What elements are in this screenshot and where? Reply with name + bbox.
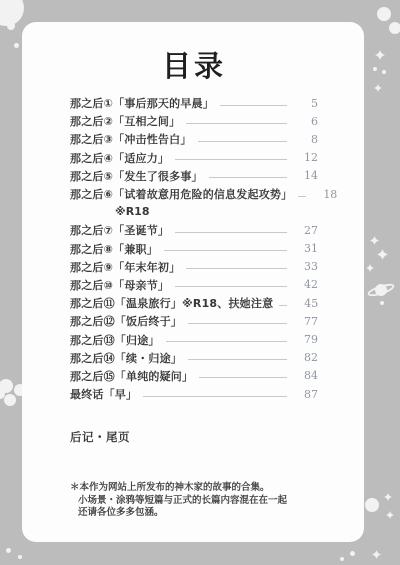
splatter-dot: [14, 43, 19, 48]
splatter-dot: [340, 557, 344, 561]
footnote: ＊本作为网站上所发布的神木家的故事的合集。 小场景・涂鸦等短篇与正式的长篇内容混…: [70, 482, 318, 520]
toc-entry: 那之后⑦「圣诞节」 27: [70, 221, 318, 239]
toc-leader-line: [188, 323, 287, 324]
toc-entry-label: 那之后①「事后那天的早晨」: [70, 95, 214, 111]
toc-entry: 那之后⑮「单纯的疑问」 84: [70, 367, 318, 385]
splatter-flower: [0, 389, 5, 399]
toc-leader-line: [220, 105, 287, 106]
footnote-line: ＊本作为网站上所发布的神木家的故事的合集。: [70, 482, 318, 495]
splatter-flower: [4, 394, 16, 406]
toc-leader-line: [143, 396, 287, 397]
saturn-icon: [366, 279, 396, 301]
toc-entry-note: ※R18: [70, 203, 318, 221]
splatter-dot: [350, 551, 355, 556]
toc-entry: 那之后⑪「温泉旅行」※R18、扶她注意 45: [70, 294, 318, 312]
toc-leader-line: [186, 268, 287, 269]
toc-entry-label: 那之后⑪「温泉旅行」※R18、扶她注意: [70, 295, 273, 311]
toc-entry-label: 那之后④「适应力」: [70, 150, 169, 166]
toc-leader-line: [198, 141, 287, 142]
toc-entry: 那之后⑫「饭后终于」 77: [70, 312, 318, 330]
toc-leader-line: [209, 177, 287, 178]
toc-leader-line: [175, 159, 287, 160]
toc-entry: 那之后⑧「兼职」 31: [70, 240, 318, 258]
splatter-blob: [389, 22, 400, 34]
toc-entry-label: 最终话「早」: [70, 386, 137, 402]
toc-entry: 那之后⑭「续・归途」 82: [70, 349, 318, 367]
afterword-entry: 后记・尾页: [70, 428, 318, 446]
toc-entry-label: 那之后③「冲击性告白」: [70, 131, 192, 147]
splatter-blob: [377, 7, 391, 21]
splatter-dot: [6, 548, 11, 553]
splatter-flower: [0, 379, 13, 393]
toc-entry-page: 82: [294, 351, 318, 364]
splatter-dot: [7, 22, 15, 30]
toc-entry-page: 42: [294, 278, 318, 291]
toc-entry-page: 87: [294, 388, 318, 401]
toc-entry: 那之后①「事后那天的早晨」 5: [70, 94, 318, 112]
toc-leader-line: [164, 250, 287, 251]
toc-entry-page: 6: [294, 115, 318, 128]
toc-entry: 那之后⑤「发生了很多事」 14: [70, 167, 318, 185]
toc-entry: 那之后④「适应力」 12: [70, 149, 318, 167]
toc-entry-label: 那之后⑬「归途」: [70, 332, 160, 348]
toc-entry-label: 那之后②「互相之间」: [70, 113, 180, 129]
toc-entry-label: 那之后⑤「发生了很多事」: [70, 168, 203, 184]
splatter-dot: [380, 301, 384, 305]
toc-leader-line: [279, 305, 287, 306]
toc-entry-page: 31: [294, 242, 318, 255]
toc-entry-label: 那之后⑦「圣诞节」: [70, 222, 169, 238]
toc-entry: 那之后⑨「年末年初」 33: [70, 258, 318, 276]
toc-entry: 那之后⑬「归途」 79: [70, 330, 318, 348]
toc-list: 那之后①「事后那天的早晨」 5 那之后②「互相之间」 6 那之后③「冲击性告白」…: [70, 94, 318, 403]
toc-entry-label: 那之后⑫「饭后终于」: [70, 313, 182, 329]
toc-entry-page: 45: [294, 297, 318, 310]
toc-entry: 那之后②「互相之间」 6: [70, 112, 318, 130]
toc-entry-page: 79: [294, 333, 318, 346]
toc-entry-page: 18: [313, 188, 337, 201]
toc-leader-line: [199, 377, 287, 378]
splatter-dot: [373, 67, 377, 71]
toc-entry-page: 84: [294, 369, 318, 382]
toc-entry: 那之后③「冲击性告白」 8: [70, 130, 318, 148]
splatter-blob: [365, 498, 379, 512]
star-icon: [374, 84, 382, 92]
toc-entry-label: 那之后⑨「年末年初」: [70, 259, 180, 275]
footnote-line: 还请各位多多包涵。: [70, 507, 318, 520]
toc-entry-page: 14: [294, 169, 318, 182]
star-icon: [366, 264, 374, 272]
page-title: 目录: [70, 48, 318, 84]
toc-leader-line: [298, 196, 306, 197]
toc-entry-page: 27: [294, 224, 318, 237]
toc-leader-line: [186, 123, 287, 124]
footnote-line: 小场景・涂鸦等短篇与正式的长篇内容混在在一起: [70, 495, 318, 508]
toc-entry: 那之后⑩「母亲节」 42: [70, 276, 318, 294]
toc-entry: 最终话「早」 87: [70, 385, 318, 403]
toc-entry-label: 那之后⑧「兼职」: [70, 241, 158, 257]
toc-card: 目录 那之后①「事后那天的早晨」 5 那之后②「互相之间」 6 那之后③「冲击性…: [22, 22, 364, 542]
splatter-blob: [0, 0, 24, 26]
toc-entry-label: 那之后⑥「试着故意用危险的信息发起攻势」: [70, 186, 292, 202]
star-icon: [384, 493, 392, 501]
splatter-dot: [382, 70, 386, 74]
toc-leader-line: [166, 341, 287, 342]
toc-entry-label: 那之后⑮「单纯的疑问」: [70, 368, 193, 384]
toc-entry-label: 那之后⑭「续・归途」: [70, 350, 182, 366]
toc-leader-line: [175, 286, 287, 287]
star-icon: [375, 50, 385, 60]
star-icon: [372, 550, 381, 559]
toc-leader-line: [175, 232, 287, 233]
page-background: 目录 那之后①「事后那天的早晨」 5 那之后②「互相之间」 6 那之后③「冲击性…: [0, 0, 400, 565]
toc-leader-line: [188, 359, 287, 360]
toc-entry-page: 77: [294, 315, 318, 328]
toc-entry-page: 12: [294, 151, 318, 164]
toc-entry-page: 8: [294, 133, 318, 146]
toc-entry: 那之后⑥「试着故意用危险的信息发起攻势」 18: [70, 185, 318, 203]
splatter-dot: [18, 555, 22, 559]
toc-entry-label: 那之后⑩「母亲节」: [70, 277, 169, 293]
star-icon: [386, 511, 394, 519]
star-icon: [377, 249, 388, 260]
toc-entry-page: 33: [294, 260, 318, 273]
toc-entry-page: 5: [294, 97, 318, 110]
star-icon: [370, 236, 379, 245]
